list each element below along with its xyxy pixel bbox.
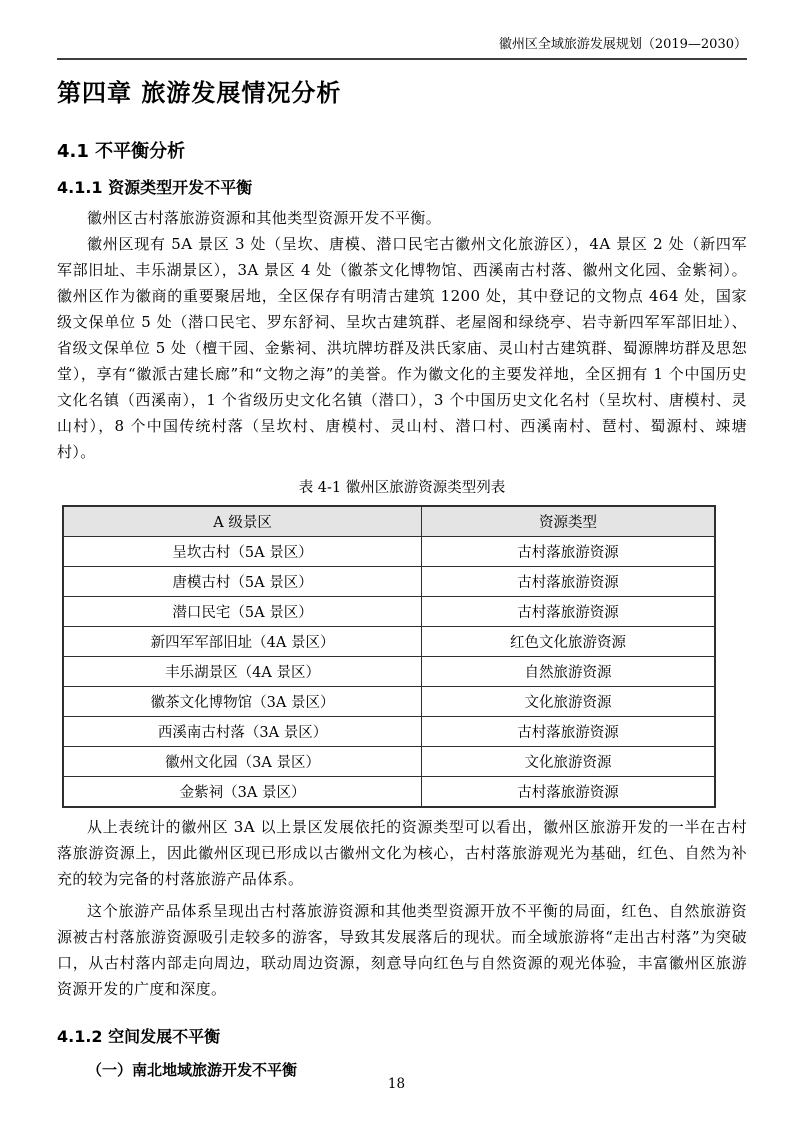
table-caption: 表 4-1 徽州区旅游资源类型列表	[57, 478, 747, 498]
paragraph-resource-imbalance-intro: 徽州区古村落旅游资源和其他类型资源开发不平衡。	[57, 205, 747, 231]
page-footer: 18	[0, 1076, 793, 1092]
table-row: 徽州文化园（3A 景区）文化旅游资源	[63, 747, 715, 777]
table-header-resource-type: 资源类型	[422, 506, 715, 537]
table-cell: 金紫祠（3A 景区）	[63, 777, 422, 808]
table-row: 徽茶文化博物馆（3A 景区）文化旅游资源	[63, 687, 715, 717]
table-cell: 徽州文化园（3A 景区）	[63, 747, 422, 777]
table-cell: 西溪南古村落（3A 景区）	[63, 717, 422, 747]
table-cell: 徽茶文化博物馆（3A 景区）	[63, 687, 422, 717]
table-cell: 潜口民宅（5A 景区）	[63, 597, 422, 627]
table-row: 金紫祠（3A 景区）古村落旅游资源	[63, 777, 715, 808]
page-header-title: 徽州区全域旅游发展规划（2019—2030）	[499, 37, 747, 52]
resource-table-body: 呈坎古村（5A 景区）古村落旅游资源唐模古村（5A 景区）古村落旅游资源潜口民宅…	[63, 537, 715, 808]
table-cell: 古村落旅游资源	[422, 537, 715, 567]
chapter-title: 第四章 旅游发展情况分析	[57, 77, 747, 110]
table-row: 唐模古村（5A 景区）古村落旅游资源	[63, 567, 715, 597]
table-cell: 古村落旅游资源	[422, 597, 715, 627]
paragraph-scenic-area-inventory: 徽州区现有 5A 景区 3 处（呈坎、唐模、潜口民宅古徽州文化旅游区），4A 景…	[57, 231, 747, 465]
document-page: 徽州区全域旅游发展规划（2019—2030） 第四章 旅游发展情况分析 4.1 …	[0, 0, 793, 1122]
table-row: 西溪南古村落（3A 景区）古村落旅游资源	[63, 717, 715, 747]
table-cell: 丰乐湖景区（4A 景区）	[63, 657, 422, 687]
table-cell: 文化旅游资源	[422, 687, 715, 717]
table-row: 新四军军部旧址（4A 景区）红色文化旅游资源	[63, 627, 715, 657]
table-cell: 红色文化旅游资源	[422, 627, 715, 657]
table-cell: 古村落旅游资源	[422, 567, 715, 597]
table-cell: 文化旅游资源	[422, 747, 715, 777]
table-row: 呈坎古村（5A 景区）古村落旅游资源	[63, 537, 715, 567]
section-4-1-2-title: 4.1.2 空间发展不平衡	[57, 1026, 747, 1048]
table-cell: 唐模古村（5A 景区）	[63, 567, 422, 597]
table-cell: 呈坎古村（5A 景区）	[63, 537, 422, 567]
table-row: 潜口民宅（5A 景区）古村落旅游资源	[63, 597, 715, 627]
section-4-1-title: 4.1 不平衡分析	[57, 139, 747, 164]
section-4-1-1-title: 4.1.1 资源类型开发不平衡	[57, 177, 747, 199]
table-cell: 古村落旅游资源	[422, 717, 715, 747]
paragraph-table-analysis: 从上表统计的徽州区 3A 以上景区发展依托的资源类型可以看出，徽州区旅游开发的一…	[57, 814, 747, 892]
table-cell: 新四军军部旧址（4A 景区）	[63, 627, 422, 657]
table-row: 丰乐湖景区（4A 景区）自然旅游资源	[63, 657, 715, 687]
resource-type-table: A 级景区 资源类型 呈坎古村（5A 景区）古村落旅游资源唐模古村（5A 景区）…	[62, 505, 716, 808]
paragraph-product-system-analysis: 这个旅游产品体系呈现出古村落旅游资源和其他类型资源开放不平衡的局面，红色、自然旅…	[57, 898, 747, 1002]
page-header: 徽州区全域旅游发展规划（2019—2030）	[57, 36, 747, 60]
page-number: 18	[388, 1076, 405, 1092]
table-cell: 自然旅游资源	[422, 657, 715, 687]
table-cell: 古村落旅游资源	[422, 777, 715, 808]
table-header-a-level-scenic-area: A 级景区	[63, 506, 422, 537]
table-header-row: A 级景区 资源类型	[63, 506, 715, 537]
